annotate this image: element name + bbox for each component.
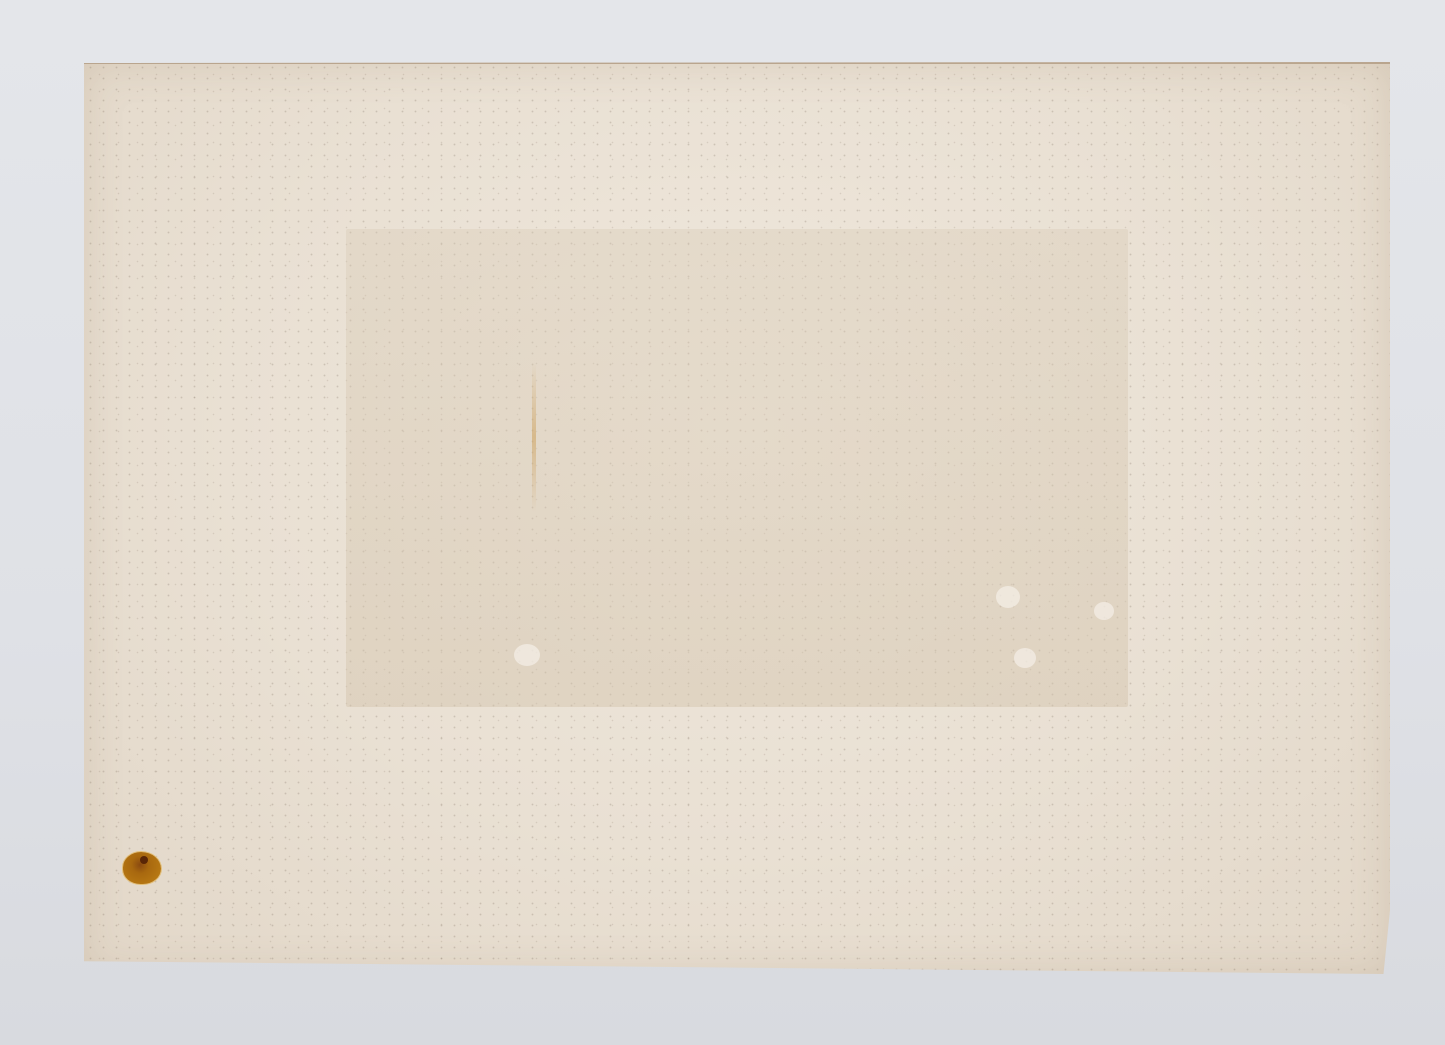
foxing-stain [532,362,536,512]
water-spot [996,586,1020,608]
paper-sheet [84,62,1390,974]
offset-print-ghost [346,229,1128,707]
water-spot [1094,602,1114,620]
stain-hole-center [140,856,148,864]
water-spot [1014,648,1036,668]
water-spot [514,644,540,666]
